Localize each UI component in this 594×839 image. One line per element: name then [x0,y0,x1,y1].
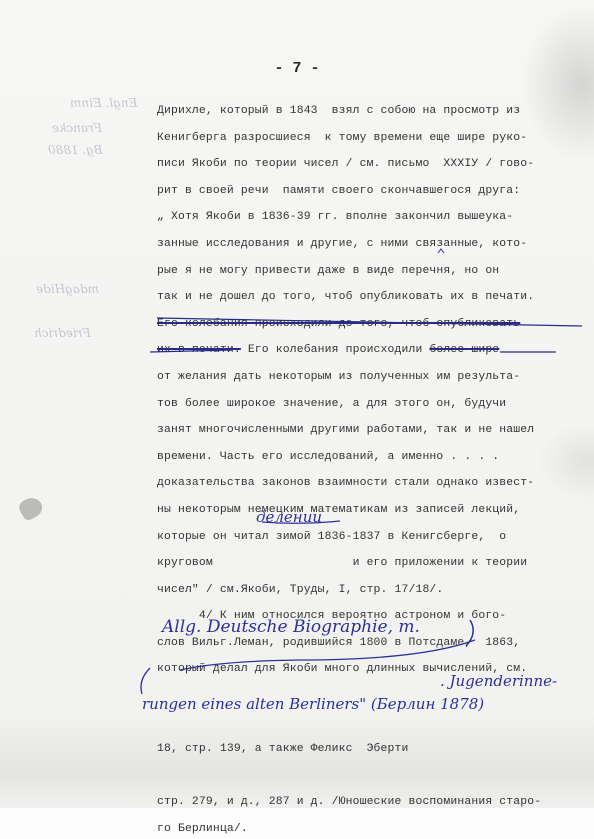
typewritten-body: Дирихле, который в 1843 взял с собою на … [157,98,587,839]
blank-line [157,710,587,737]
text-line-partially-struck: их в печати. Его колебания происходили б… [157,337,587,364]
text-line: „ Хотя Якоби в 1836-39 гг. вполне законч… [157,204,587,231]
handwritten-note: Allg. Deutsche Biographie, m. [162,617,420,637]
text-line: чисел" / см.Якоби, Труды, I, стр. 17/18/… [157,577,587,604]
text-line: которые он читал зимой 1836-1837 в Кениг… [157,524,587,551]
text-line: писи Якоби по теории чисел / см. письмо … [157,151,587,178]
text-line: от желания дать некоторым из полученных … [157,364,587,391]
bleed-through-text: Engl. Einm [70,96,137,110]
text-line: так и не дошел до того, чтоб опубликоват… [157,284,587,311]
text-line: тов более широкое значение, а для этого … [157,391,587,418]
bleed-through-text: Francke [52,121,102,135]
text-line: занят многочисленными другими работами, … [157,417,587,444]
text-line: ны некоторым немецким математикам из зап… [157,497,587,524]
text-line: времени. Часть его исследований, а именн… [157,444,587,471]
text-line: стр. 279, и д., 287 и д. /Юношеские восп… [157,789,587,816]
text-line: Кенигберга разросшиеся к тому времени ещ… [157,125,587,152]
struck-text-line: Его колебания происходили до того, чтоб … [157,311,587,338]
text-line: Дирихле, который в 1843 взял с собою на … [157,98,587,125]
text-line: рые я не могу привести даже в виде переч… [157,258,587,285]
text-line: круговом и его приложении к теории [157,550,587,577]
text-line: го Берлинца/. [157,816,587,839]
text-line: занные исследования и другие, с ними свя… [157,231,587,258]
text-fragment: Его колебания происходили [241,344,430,356]
page-number: - 7 - [0,60,594,77]
blank-line [157,763,587,790]
bleed-through-text: Bg. 1880 [48,143,103,157]
text-line: доказательства законов взаимности стали … [157,470,587,497]
text-line: 18, стр. 139, а также Феликс Эберти [157,736,587,763]
struck-fragment: более шире [429,344,499,356]
handwritten-insert: делении [256,508,322,526]
handwritten-note: . Jugenderinne- [440,672,557,690]
bleed-through-text: Friedrich [34,326,91,340]
text-line: рит в своей речи памяти своего скончавше… [157,178,587,205]
struck-fragment: их в печати. [157,344,241,356]
bleed-through-text: mdagHide [36,282,99,296]
handwritten-note: rungen eines alten Berliners" (Берлин 18… [142,695,484,713]
